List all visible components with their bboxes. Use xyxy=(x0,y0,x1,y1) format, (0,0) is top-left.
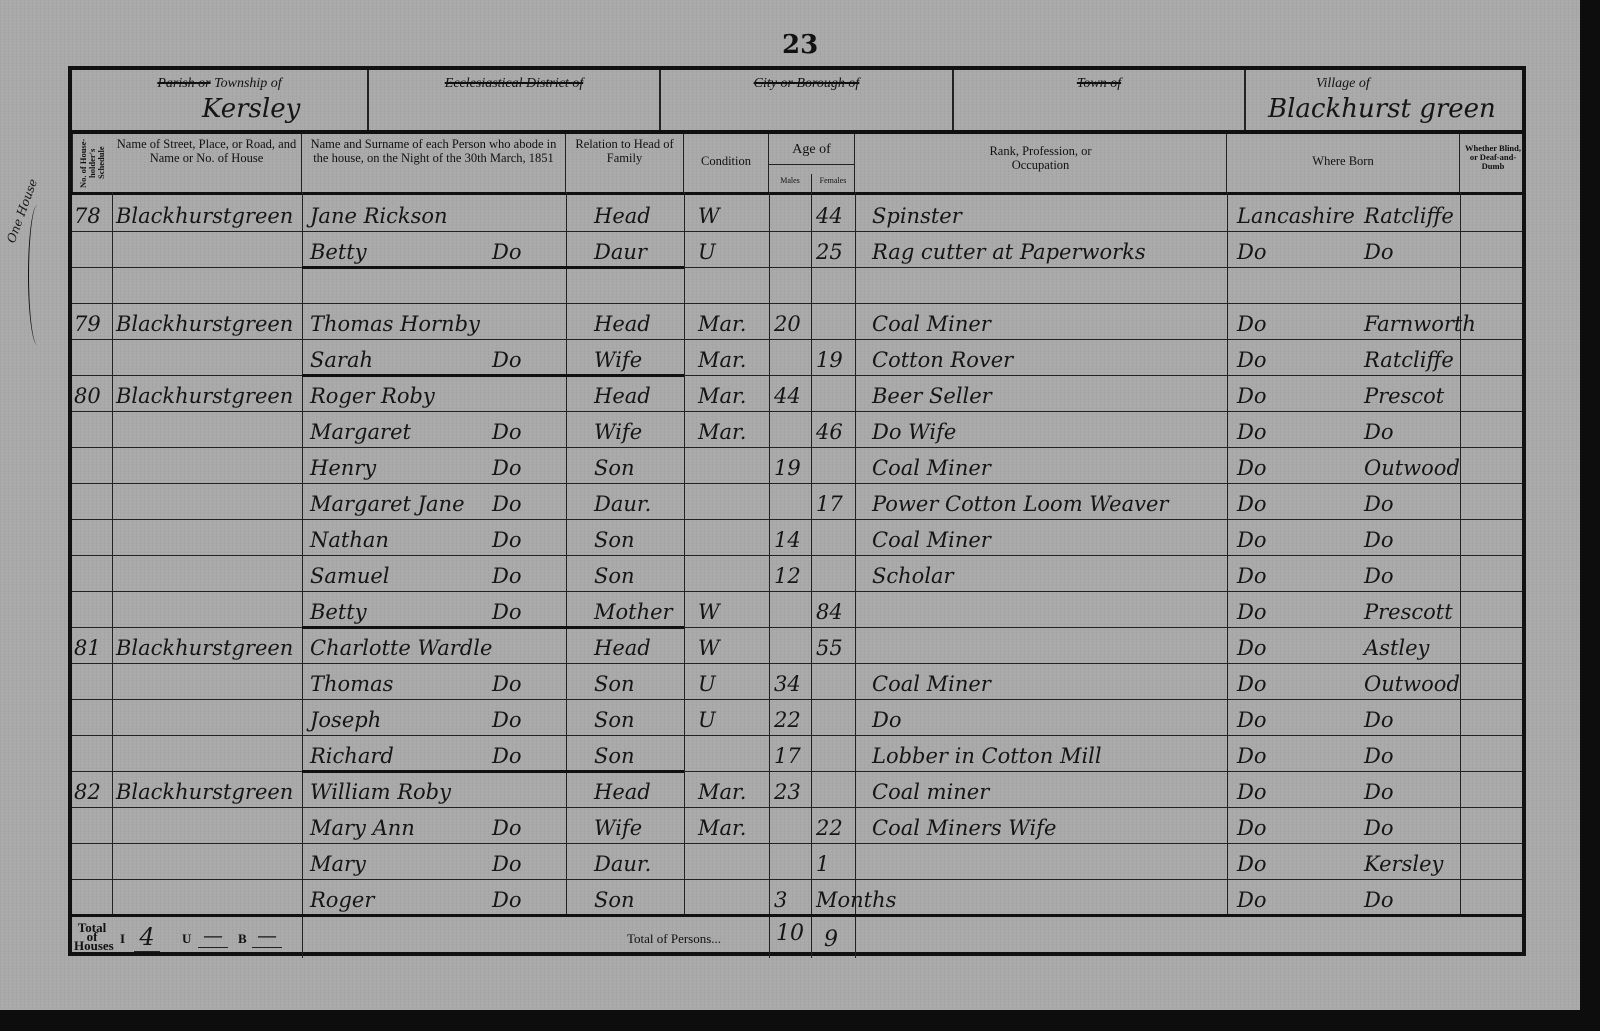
surname-ditto: Do xyxy=(492,556,521,592)
township-value: Kersley xyxy=(202,94,300,124)
occupation: Spinster xyxy=(872,196,962,232)
person-name: Thomas Hornby xyxy=(310,304,480,340)
header-age-males: Males xyxy=(769,174,812,192)
street-name: Blackhurstgreen xyxy=(116,772,293,808)
header-schedule-no: No. of House-holder's Schedule xyxy=(72,134,112,192)
table-row: 78BlackhurstgreenJane RicksonHeadW44Spin… xyxy=(72,196,1522,232)
relation: Son xyxy=(594,520,635,556)
building-label: B xyxy=(238,931,247,947)
household-separator xyxy=(302,770,684,773)
condition: U xyxy=(698,700,716,736)
header-occupation: Rank, Profession, or Occupation xyxy=(855,134,1227,192)
person-name: Betty xyxy=(310,592,367,628)
relation: Daur xyxy=(594,232,647,268)
born-county: Do xyxy=(1237,700,1266,736)
condition: U xyxy=(698,232,716,268)
total-males: 10 xyxy=(776,921,804,946)
born-county: Do xyxy=(1237,664,1266,700)
schedule-number: 82 xyxy=(74,772,101,808)
street-name: Blackhurstgreen xyxy=(116,628,293,664)
born-place: Kersley xyxy=(1364,844,1443,880)
condition: W xyxy=(698,592,720,628)
born-county: Do xyxy=(1237,340,1266,376)
condition: Mar. xyxy=(698,376,746,412)
born-place: Do xyxy=(1364,556,1393,592)
table-row: 79BlackhurstgreenThomas HornbyHeadMar.20… xyxy=(72,304,1522,340)
inhabited-label: I xyxy=(120,931,125,947)
condition: Mar. xyxy=(698,808,746,844)
city-borough-cell: City or Borough of xyxy=(661,70,954,130)
born-county: Do xyxy=(1237,772,1266,808)
age-female: 25 xyxy=(816,232,843,268)
age-female: 1 xyxy=(816,844,829,880)
totals-row: Total of Houses I 4 U — B — Total of Per… xyxy=(72,914,1522,959)
born-county: Do xyxy=(1237,736,1266,772)
born-county: Do xyxy=(1237,448,1266,484)
place-heading-row: Parish or Township of Kersley Ecclesiast… xyxy=(72,70,1522,134)
condition: Mar. xyxy=(698,412,746,448)
surname-ditto: Do xyxy=(492,736,521,772)
occupation: Scholar xyxy=(872,556,954,592)
occupation: Coal Miner xyxy=(872,448,991,484)
age-male: 44 xyxy=(774,376,801,412)
person-name: Thomas xyxy=(310,664,393,700)
person-name: William Roby xyxy=(310,772,451,808)
born-place: Ratcliffe xyxy=(1364,196,1454,232)
street-name: Blackhurstgreen xyxy=(116,196,293,232)
table-row: RogerDoSon3MonthsDoDo xyxy=(72,880,1522,916)
born-county: Do xyxy=(1237,304,1266,340)
building-value: — xyxy=(252,923,282,948)
surname-ditto: Do xyxy=(492,520,521,556)
relation: Wife xyxy=(594,340,642,376)
header-name: Name and Surname of each Person who abod… xyxy=(302,134,566,192)
born-place: Do xyxy=(1364,412,1393,448)
table-row: BettyDoDaurU25Rag cutter at PaperworksDo… xyxy=(72,232,1522,268)
census-form: Parish or Township of Kersley Ecclesiast… xyxy=(68,66,1526,956)
born-place: Farnworth xyxy=(1364,304,1476,340)
age-female: Months xyxy=(816,880,896,916)
surname-ditto: Do xyxy=(492,340,521,376)
born-place: Outwood xyxy=(1364,448,1460,484)
born-county: Do xyxy=(1237,232,1266,268)
township-struck-label: Parish or xyxy=(157,76,210,91)
born-county: Do xyxy=(1237,880,1266,916)
age-female: 46 xyxy=(816,412,843,448)
relation: Head xyxy=(594,196,651,232)
person-name: Margaret xyxy=(310,412,411,448)
born-place: Do xyxy=(1364,880,1393,916)
header-age-group: Age of Males Females xyxy=(769,134,855,192)
ecclesiastical-district-cell: Ecclesiastical District of xyxy=(369,70,661,130)
person-name: Samuel xyxy=(310,556,390,592)
township-label: Township of xyxy=(214,76,282,91)
born-place: Do xyxy=(1364,808,1393,844)
schedule-number: 78 xyxy=(74,196,101,232)
ecclesiastical-district-label: Ecclesiastical District of xyxy=(369,76,659,92)
relation: Head xyxy=(594,628,651,664)
condition: W xyxy=(698,628,720,664)
person-name: Sarah xyxy=(310,340,373,376)
born-place: Outwood xyxy=(1364,664,1460,700)
table-row: HenryDoSon19Coal MinerDoOutwood xyxy=(72,448,1522,484)
household-separator xyxy=(302,374,684,377)
person-name: Betty xyxy=(310,232,367,268)
relation: Son xyxy=(594,664,635,700)
table-row: Margaret JaneDoDaur.17Power Cotton Loom … xyxy=(72,484,1522,520)
age-male: 17 xyxy=(774,736,801,772)
relation: Son xyxy=(594,736,635,772)
condition: Mar. xyxy=(698,304,746,340)
table-row: 80BlackhurstgreenRoger RobyHeadMar.44Bee… xyxy=(72,376,1522,412)
village-label: Village of xyxy=(1316,76,1370,92)
born-county: Lancashire xyxy=(1237,196,1355,232)
born-county: Do xyxy=(1237,484,1266,520)
village-value: Blackhurst green xyxy=(1268,94,1496,124)
born-place: Do xyxy=(1364,484,1393,520)
table-row: SarahDoWifeMar.19Cotton RoverDoRatcliffe xyxy=(72,340,1522,376)
born-place: Do xyxy=(1364,736,1393,772)
relation: Son xyxy=(594,556,635,592)
inhabited-value: 4 xyxy=(134,923,160,952)
relation: Son xyxy=(594,880,635,916)
occupation: Coal Miner xyxy=(872,520,991,556)
header-relation: Relation to Head of Family xyxy=(566,134,684,192)
occupation: Coal miner xyxy=(872,772,989,808)
header-condition: Condition xyxy=(684,134,769,192)
occupation: Cotton Rover xyxy=(872,340,1013,376)
born-place: Ratcliffe xyxy=(1364,340,1454,376)
relation: Head xyxy=(594,304,651,340)
table-row: MargaretDoWifeMar.46Do WifeDoDo xyxy=(72,412,1522,448)
person-name: Henry xyxy=(310,448,376,484)
born-place: Do xyxy=(1364,520,1393,556)
person-name: Roger Roby xyxy=(310,376,435,412)
town-label: Town of xyxy=(954,76,1244,92)
total-persons-label: Total of Persons... xyxy=(627,931,721,947)
occupation: Do Wife xyxy=(872,412,956,448)
age-female: 22 xyxy=(816,808,843,844)
page-number: 23 xyxy=(782,30,818,60)
uninhabited-value: — xyxy=(198,923,228,948)
town-cell: Town of xyxy=(954,70,1246,130)
age-female: 55 xyxy=(816,628,843,664)
condition: W xyxy=(698,196,720,232)
surname-ditto: Do xyxy=(492,232,521,268)
schedule-number: 80 xyxy=(74,376,101,412)
occupation: Rag cutter at Paperworks xyxy=(872,232,1146,268)
born-county: Do xyxy=(1237,412,1266,448)
condition: Mar. xyxy=(698,340,746,376)
born-place: Do xyxy=(1364,232,1393,268)
person-name: Margaret Jane xyxy=(310,484,465,520)
occupation: Lobber in Cotton Mill xyxy=(872,736,1102,772)
surname-ditto: Do xyxy=(492,664,521,700)
header-age-females: Females xyxy=(811,174,855,188)
schedule-number: 81 xyxy=(74,628,101,664)
person-name: Jane Rickson xyxy=(310,196,448,232)
table-row: MaryDoDaur.1DoKersley xyxy=(72,844,1522,880)
margin-brace xyxy=(28,205,47,345)
table-row: JosephDoSonU22DoDoDo xyxy=(72,700,1522,736)
household-separator xyxy=(302,626,684,629)
person-name: Richard xyxy=(310,736,394,772)
surname-ditto: Do xyxy=(492,700,521,736)
born-county: Do xyxy=(1237,844,1266,880)
table-row: ThomasDoSonU34Coal MinerDoOutwood xyxy=(72,664,1522,700)
occupation: Power Cotton Loom Weaver xyxy=(872,484,1168,520)
surname-ditto: Do xyxy=(492,844,521,880)
village-cell: Village of Blackhurst green xyxy=(1246,70,1526,130)
relation: Head xyxy=(594,376,651,412)
uninhabited-label: U xyxy=(182,931,191,947)
born-county: Do xyxy=(1237,592,1266,628)
condition: U xyxy=(698,664,716,700)
person-name: Charlotte Wardle xyxy=(310,628,492,664)
age-female: 84 xyxy=(816,592,843,628)
surname-ditto: Do xyxy=(492,484,521,520)
relation: Son xyxy=(594,448,635,484)
relation: Wife xyxy=(594,412,642,448)
city-borough-label: City or Borough of xyxy=(661,76,952,92)
person-name: Mary Ann xyxy=(310,808,415,844)
relation: Mother xyxy=(594,592,673,628)
total-females: 9 xyxy=(824,927,838,952)
surname-ditto: Do xyxy=(492,412,521,448)
street-name: Blackhurstgreen xyxy=(116,376,293,412)
relation: Daur. xyxy=(594,484,651,520)
table-row: RichardDoSon17Lobber in Cotton MillDoDo xyxy=(72,736,1522,772)
table-row: 81BlackhurstgreenCharlotte WardleHeadW55… xyxy=(72,628,1522,664)
born-place: Prescot xyxy=(1364,376,1444,412)
age-female: 44 xyxy=(816,196,843,232)
surname-ditto: Do xyxy=(492,880,521,916)
occupation: Do xyxy=(872,700,901,736)
born-county: Do xyxy=(1237,808,1266,844)
total-houses-label: Total of Houses xyxy=(74,923,110,950)
age-male: 3 xyxy=(774,880,787,916)
header-blind-deaf: Whether Blind, or Deaf-and-Dumb xyxy=(1460,134,1526,192)
person-name: Nathan xyxy=(310,520,389,556)
occupation: Coal Miner xyxy=(872,304,991,340)
surname-ditto: Do xyxy=(492,808,521,844)
relation: Son xyxy=(594,700,635,736)
age-male: 12 xyxy=(774,556,801,592)
person-name: Joseph xyxy=(310,700,381,736)
header-age: Age of xyxy=(769,143,854,157)
age-female: 19 xyxy=(816,340,843,376)
header-where-born: Where Born xyxy=(1227,134,1460,192)
relation: Head xyxy=(594,772,651,808)
age-male: 34 xyxy=(774,664,801,700)
person-name: Roger xyxy=(310,880,374,916)
occupation: Coal Miners Wife xyxy=(872,808,1056,844)
born-county: Do xyxy=(1237,628,1266,664)
born-place: Prescott xyxy=(1364,592,1453,628)
table-row: Mary AnnDoWifeMar.22Coal Miners WifeDoDo xyxy=(72,808,1522,844)
born-county: Do xyxy=(1237,520,1266,556)
township-cell: Parish or Township of Kersley xyxy=(72,70,369,130)
age-male: 22 xyxy=(774,700,801,736)
relation: Wife xyxy=(594,808,642,844)
table-row: NathanDoSon14Coal MinerDoDo xyxy=(72,520,1522,556)
born-place: Astley xyxy=(1364,628,1429,664)
born-place: Do xyxy=(1364,700,1393,736)
born-place: Do xyxy=(1364,772,1393,808)
table-row xyxy=(72,268,1522,304)
table-row: 82BlackhurstgreenWilliam RobyHeadMar.23C… xyxy=(72,772,1522,808)
age-male: 19 xyxy=(774,448,801,484)
surname-ditto: Do xyxy=(492,448,521,484)
condition: Mar. xyxy=(698,772,746,808)
street-name: Blackhurstgreen xyxy=(116,304,293,340)
surname-ditto: Do xyxy=(492,592,521,628)
occupation: Beer Seller xyxy=(872,376,992,412)
margin-note: One House xyxy=(4,202,31,244)
born-county: Do xyxy=(1237,376,1266,412)
header-street: Name of Street, Place, or Road, and Name… xyxy=(112,134,302,192)
table-row: SamuelDoSon12ScholarDoDo xyxy=(72,556,1522,592)
person-name: Mary xyxy=(310,844,366,880)
born-county: Do xyxy=(1237,556,1266,592)
census-page: 23 One House Parish or Township of Kersl… xyxy=(0,0,1580,1010)
table-row: BettyDoMotherW84DoPrescott xyxy=(72,592,1522,628)
age-male: 20 xyxy=(774,304,801,340)
age-female: 17 xyxy=(816,484,843,520)
household-separator xyxy=(302,266,684,269)
age-male: 23 xyxy=(774,772,801,808)
relation: Daur. xyxy=(594,844,651,880)
occupation: Coal Miner xyxy=(872,664,991,700)
age-male: 14 xyxy=(774,520,801,556)
schedule-number: 79 xyxy=(74,304,101,340)
